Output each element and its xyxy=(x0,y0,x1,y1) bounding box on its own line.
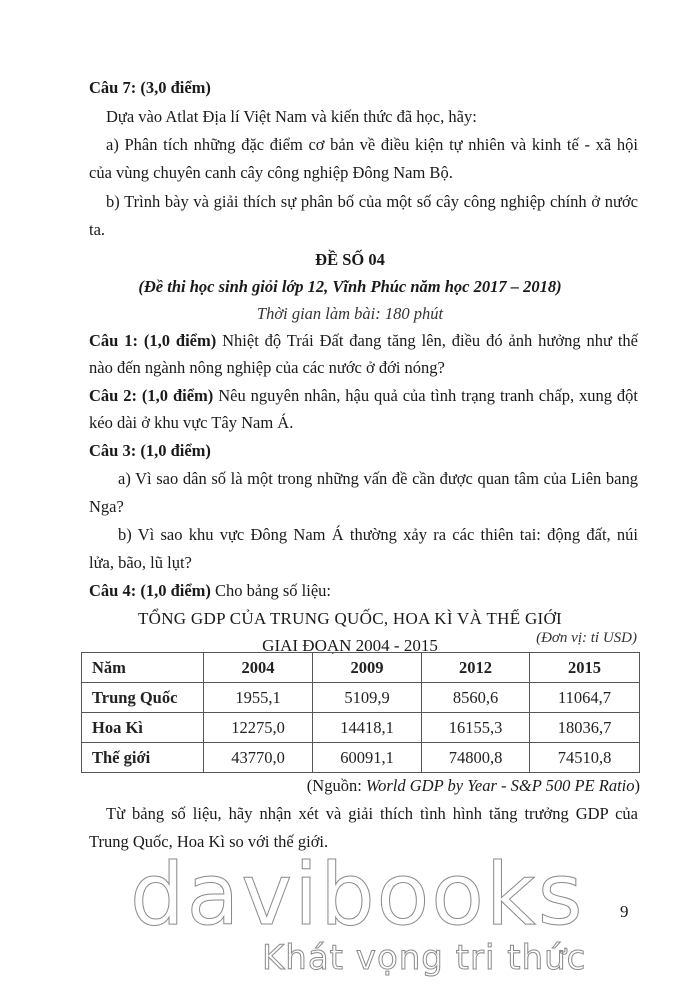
watermark-slogan: Khát vọng tri thức xyxy=(262,940,586,976)
table-cell: 5109,9 xyxy=(313,683,422,713)
table-row: Thế giới 43770,0 60091,1 74800,8 74510,8 xyxy=(82,743,640,773)
table-unit: (Đơn vị: tỉ USD) xyxy=(536,628,637,648)
table-title-line1: TỔNG GDP CỦA TRUNG QUỐC, HOA KÌ VÀ THẾ G… xyxy=(0,609,700,629)
gdp-table: Năm 2004 2009 2012 2015 Trung Quốc 1955,… xyxy=(81,652,640,773)
table-cell: 74510,8 xyxy=(530,743,640,773)
table-row: Hoa Kì 12275,0 14418,1 16155,3 18036,7 xyxy=(82,713,640,743)
source-suffix: ) xyxy=(635,776,641,795)
exam-subtitle: (Đề thi học sinh giỏi lớp 12, Vĩnh Phúc … xyxy=(0,277,700,297)
exam-time: Thời gian làm bài: 180 phút xyxy=(0,304,700,324)
q1-label: Câu 1: (1,0 điểm) xyxy=(89,331,216,350)
q3-heading: Câu 3: (1,0 điểm) xyxy=(89,441,211,461)
q3-b-line2: lửa, bão, lũ lụt? xyxy=(89,553,192,573)
watermark-brand: davibooks xyxy=(130,852,585,938)
table-cell: 74800,8 xyxy=(422,743,530,773)
q3-a-line1: a) Vì sao dân số là một trong những vấn … xyxy=(118,469,638,489)
q3-b-line1: b) Vì sao khu vực Đông Nam Á thường xảy … xyxy=(118,525,638,545)
header-cell: 2009 xyxy=(313,653,422,683)
table-cell: 60091,1 xyxy=(313,743,422,773)
header-cell: Năm xyxy=(82,653,204,683)
q4-line: Câu 4: (1,0 điểm) Cho bảng số liệu: xyxy=(89,581,331,601)
q7-a-line2: của vùng chuyên canh cây công nghiệp Đôn… xyxy=(89,163,453,183)
table-cell: 11064,7 xyxy=(530,683,640,713)
document-page: Câu 7: (3,0 điểm) Dựa vào Atlat Địa lí V… xyxy=(0,0,700,984)
table-cell: 14418,1 xyxy=(313,713,422,743)
q1-text-line1: Nhiệt độ Trái Đất đang tăng lên, điều đó… xyxy=(216,331,638,350)
q1-text-line2: nào đến ngành nông nghiệp của các nước ở… xyxy=(89,358,445,378)
q2-label: Câu 2: (1,0 điểm) xyxy=(89,386,213,405)
q4-task-line1: Từ bảng số liệu, hãy nhận xét và giải th… xyxy=(106,804,638,824)
source-prefix: (Nguồn: xyxy=(307,776,366,795)
table-cell: 1955,1 xyxy=(204,683,313,713)
q4-text: Cho bảng số liệu: xyxy=(211,581,331,600)
q7-a-line1: a) Phân tích những đặc điểm cơ bản về đi… xyxy=(106,135,638,155)
table-cell: 16155,3 xyxy=(422,713,530,743)
header-cell: 2015 xyxy=(530,653,640,683)
row-label: Hoa Kì xyxy=(82,713,204,743)
source-title: World GDP by Year - S&P 500 PE Ratio xyxy=(366,776,635,795)
q7-heading: Câu 7: (3,0 điểm) xyxy=(89,78,211,98)
table-header-row: Năm 2004 2009 2012 2015 xyxy=(82,653,640,683)
q2-text-line1: Nêu nguyên nhân, hậu quả của tình trạng … xyxy=(213,386,638,405)
table-source: (Nguồn: World GDP by Year - S&P 500 PE R… xyxy=(307,776,640,796)
table-cell: 43770,0 xyxy=(204,743,313,773)
q3-a-line2: Nga? xyxy=(89,497,124,517)
exam-title: ĐỀ SỐ 04 xyxy=(0,250,700,270)
page-number: 9 xyxy=(620,902,629,922)
table-cell: 8560,6 xyxy=(422,683,530,713)
header-cell: 2012 xyxy=(422,653,530,683)
q4-label: Câu 4: (1,0 điểm) xyxy=(89,581,211,600)
q7-intro: Dựa vào Atlat Địa lí Việt Nam và kiến th… xyxy=(106,107,477,127)
table-row: Trung Quốc 1955,1 5109,9 8560,6 11064,7 xyxy=(82,683,640,713)
table-cell: 18036,7 xyxy=(530,713,640,743)
table-cell: 12275,0 xyxy=(204,713,313,743)
q2-text-line2: kéo dài ở khu vực Tây Nam Á. xyxy=(89,413,293,433)
row-label: Trung Quốc xyxy=(82,683,204,713)
row-label: Thế giới xyxy=(82,743,204,773)
q7-b-line2: ta. xyxy=(89,220,105,240)
q2-line1: Câu 2: (1,0 điểm) Nêu nguyên nhân, hậu q… xyxy=(89,386,638,406)
header-cell: 2004 xyxy=(204,653,313,683)
q7-b-line1: b) Trình bày và giải thích sự phân bố củ… xyxy=(106,192,638,212)
q1-line1: Câu 1: (1,0 điểm) Nhiệt độ Trái Đất đang… xyxy=(89,331,638,351)
